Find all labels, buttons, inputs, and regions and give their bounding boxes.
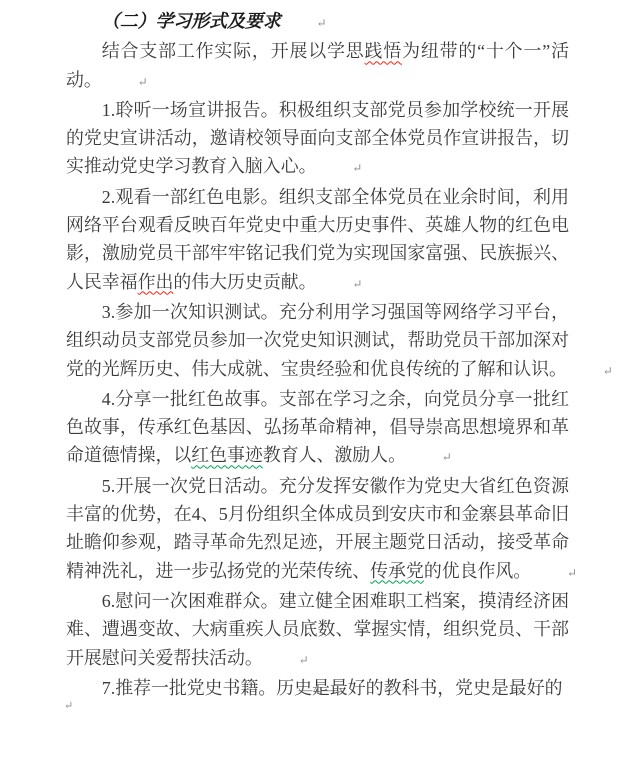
text-run: 结合支部工作实际，开展以学思 xyxy=(102,41,365,61)
text-run: 的伟大历史贡献。 xyxy=(173,272,316,292)
paragraph-item-5: 5.开展一次党日活动。充分发挥安徽作为党史大省红色资源丰富的优势，在4、5月份组… xyxy=(66,472,569,587)
document-page: （二）学习形式及要求↵ 结合支部工作实际，开展以学思践悟为纽带的“十个一”活动。… xyxy=(0,0,634,768)
paragraph-item-3: 3.参加一次知识测试。充分利用学习强国等网络学习平台，组织动员支部党员参加一次党… xyxy=(66,298,569,385)
page-footer: —4—↵ xyxy=(0,682,634,698)
grammar-green-squiggle-text: 传承党 xyxy=(370,561,424,581)
section-heading: （二）学习形式及要求↵ xyxy=(66,7,569,37)
document-body[interactable]: （二）学习形式及要求↵ 结合支部工作实际，开展以学思践悟为纽带的“十个一”活动。… xyxy=(66,7,569,702)
spellcheck-red-squiggle-text: 践悟 xyxy=(365,41,403,61)
section-heading-text: （二）学习形式及要求 xyxy=(102,11,281,31)
spellcheck-red-squiggle-text: 作出 xyxy=(138,272,174,292)
text-run: 1.聆听一场宣讲报告。积极组织支部党员参加学校统一开展的党史宣讲活动，邀请校领导… xyxy=(66,100,569,177)
text-run: 教育人、激励人。 xyxy=(263,445,406,465)
paragraph-intro: 结合支部工作实际，开展以学思践悟为纽带的“十个一”活动。↵ xyxy=(66,37,569,96)
paragraph-item-6: 6.慰问一次困难群众。建立健全困难职工档案，摸清经济困难、遭遇变故、大病重疾人员… xyxy=(66,587,569,674)
page-number: —4— xyxy=(299,682,336,697)
paragraph-item-1: 1.聆听一场宣讲报告。积极组织支部党员参加学校统一开展的党史宣讲活动，邀请校领导… xyxy=(66,96,569,183)
text-run: 6.慰问一次困难群众。建立健全困难职工档案，摸清经济困难、遭遇变故、大病重疾人员… xyxy=(66,591,569,668)
grammar-green-squiggle-text: 红色事迹 xyxy=(191,445,263,465)
text-run: 3.参加一次知识测试。充分利用学习强国等网络学习平台，组织动员支部党员参加一次党… xyxy=(66,302,569,379)
text-run: 的优良作风。 xyxy=(424,561,531,581)
empty-paragraph-mark: ↵ xyxy=(64,699,73,712)
paragraph-item-4: 4.分享一批红色故事。支部在学习之余，向党员分享一批红色故事，传承红色基因、弘扬… xyxy=(66,385,569,472)
paragraph-item-2: 2.观看一部红色电影。组织支部全体党员在业余时间，利用网络平台观看反映百年党史中… xyxy=(66,183,569,298)
